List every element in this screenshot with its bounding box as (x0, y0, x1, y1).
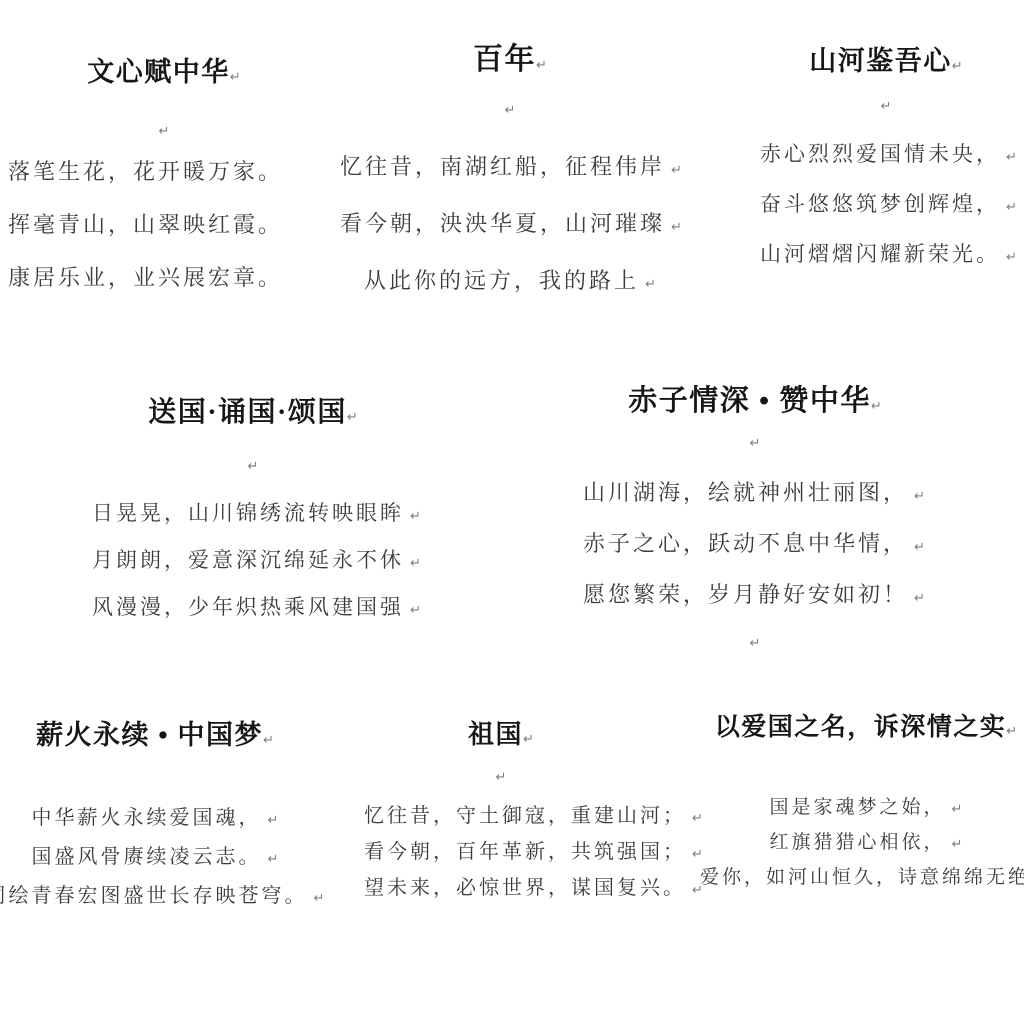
poem-card-wenxin: 文心赋中华↵ ↵ 落笔生花，花开暖万家。 挥毫青山，山翠映红霞。 康居乐业，业兴… (8, 55, 320, 316)
return-mark-icon: ↵ (952, 59, 963, 74)
poem-line: 望未来，必惊世界，谋国复兴。↵ (364, 875, 646, 904)
return-mark-icon: ↵ (505, 103, 516, 118)
blank-paragraph-row: ↵ (583, 435, 927, 451)
poem-line: 赤心烈烈爱国情未央，↵ (760, 140, 1012, 172)
return-mark-icon: ↵ (496, 770, 507, 785)
poem-line: 月朗朗，爱意深沉绵延永不休↵ (92, 546, 414, 578)
poem-title: 祖国 (468, 720, 523, 749)
return-mark-icon: ↵ (952, 837, 963, 852)
poem-card-bainian: 百年↵ ↵ 忆往昔，南湖红船，征程伟岸↵ 看今朝，泱泱华夏，山河璀璨↵ 从此你的… (340, 40, 680, 323)
return-mark-icon: ↵ (410, 603, 421, 618)
poem-card-shanhe-jian: 山河鉴吾心↵ ↵ 赤心烈烈爱国情未央，↵ 奋斗悠悠筑梦创辉煌，↵ 山河熠熠闪耀新… (760, 44, 1012, 290)
return-mark-icon: ↵ (230, 70, 241, 85)
poem-line: 赤子之心，跃动不息中华情，↵ (583, 529, 927, 563)
blank-paragraph-row: ↵ (583, 635, 927, 651)
poem-title: 薪火永续 • 中国梦 (36, 720, 263, 750)
poem-body: 山川湖海，绘就神州壮丽图，↵ 赤子之心，跃动不息中华情，↵ 愿您繁荣，岁月静好安… (583, 478, 927, 614)
poem-title-row: 百年↵ (340, 40, 680, 79)
blank-paragraph-row: ↵ (8, 123, 320, 139)
blank-paragraph-row: ↵ (92, 458, 414, 474)
return-mark-icon: ↵ (268, 852, 279, 867)
poem-line: 国盛风骨赓续凌云志。↵ (0, 844, 338, 873)
return-mark-icon: ↵ (1006, 200, 1017, 215)
poem-line: 奋斗悠悠筑梦创辉煌，↵ (760, 190, 1012, 222)
return-mark-icon: ↵ (263, 733, 274, 748)
poem-title: 文心赋中华 (87, 57, 230, 87)
return-mark-icon: ↵ (159, 124, 170, 139)
poem-title-row: 赤子情深 • 赞中华↵ (583, 383, 927, 421)
poem-title: 山河鉴吾心 (809, 46, 952, 76)
return-mark-icon: ↵ (750, 636, 761, 651)
poem-line: 国是家魂梦之始，↵ (700, 795, 1024, 823)
poem-card-yiaiguo: 以爱国之名，诉深情之实↵ 国是家魂梦之始，↵ 红旗猎猎心相依，↵ 爱你，如河山恒… (700, 712, 1024, 898)
poem-line: 红旗猎猎心相依，↵ (700, 830, 1024, 858)
blank-paragraph-row: ↵ (760, 98, 1012, 114)
blank-paragraph-row: ↵ (340, 102, 680, 118)
return-mark-icon: ↵ (314, 891, 325, 906)
return-mark-icon: ↵ (645, 277, 656, 292)
poem-body: 赤心烈烈爱国情未央，↵ 奋斗悠悠筑梦创辉煌，↵ 山河熠熠闪耀新荣光。↵ (760, 140, 1012, 272)
poem-card-songguo: 送国·诵国·颂国↵ ↵ 日晃晃，山川锦绣流转映眼眸↵ 月朗朗，爱意深沉绵延永不休… (92, 395, 414, 640)
return-mark-icon: ↵ (914, 489, 925, 504)
poem-title-row: 以爱国之名，诉深情之实↵ (700, 712, 1024, 745)
poem-line: 从此你的远方，我的路上↵ (340, 266, 680, 300)
poem-card-chizi-qingshen: 赤子情深 • 赞中华↵ ↵ 山川湖海，绘就神州壮丽图，↵ 赤子之心，跃动不息中华… (583, 383, 927, 651)
poem-line: 风漫漫，少年炽热乘风建国强↵ (92, 593, 414, 625)
poem-title: 送国·诵国·颂国 (148, 397, 347, 428)
poem-line: 忆往昔，南湖红船，征程伟岸↵ (340, 152, 680, 186)
return-mark-icon: ↵ (671, 163, 682, 178)
return-mark-icon: ↵ (410, 556, 421, 571)
return-mark-icon: ↵ (750, 436, 761, 451)
return-mark-icon: ↵ (248, 459, 259, 474)
poem-title-row: 送国·诵国·颂国↵ (92, 395, 414, 431)
poem-line: 中华薪火永续爱国魂，↵ (0, 805, 338, 834)
poem-line: 落笔生花，花开暖万家。 (8, 157, 320, 187)
poem-title: 赤子情深 • 赞中华 (628, 385, 871, 417)
return-mark-icon: ↵ (1006, 250, 1017, 265)
poem-line: 忆往昔，守土御寇，重建山河；↵ (364, 803, 646, 832)
poem-card-zuguo: 祖国↵ ↵ 忆往昔，守土御寇，重建山河；↵ 看今朝，百年革新，共筑强国；↵ 望未… (356, 718, 646, 911)
poem-line: 同绘青春宏图盛世长存映苍穹。↵ (0, 883, 338, 912)
poem-line: 康居乐业，业兴展宏章。 (8, 263, 320, 293)
return-mark-icon: ↵ (881, 99, 892, 114)
poem-body: 落笔生花，花开暖万家。 挥毫青山，山翠映红霞。 康居乐业，业兴展宏章。 (8, 157, 320, 293)
poem-line: 爱你，如河山恒久，诗意绵绵无绝期。 (700, 865, 1024, 891)
poem-body: 忆往昔，守土御寇，重建山河；↵ 看今朝，百年革新，共筑强国；↵ 望未来，必惊世界… (356, 803, 646, 904)
poem-title-row: 薪火永续 • 中国梦↵ (0, 718, 338, 753)
poem-line: 日晃晃，山川锦绣流转映眼眸↵ (92, 499, 414, 531)
poem-title-row: 祖国↵ (356, 718, 646, 752)
return-mark-icon: ↵ (523, 732, 534, 747)
blank-paragraph-row: ↵ (356, 769, 646, 785)
return-mark-icon: ↵ (914, 591, 925, 606)
return-mark-icon: ↵ (1006, 150, 1017, 165)
return-mark-icon: ↵ (536, 58, 547, 73)
document-page: 文心赋中华↵ ↵ 落笔生花，花开暖万家。 挥毫青山，山翠映红霞。 康居乐业，业兴… (0, 0, 1024, 1024)
poem-line: 挥毫青山，山翠映红霞。 (8, 210, 320, 240)
poem-line: 愿您繁荣，岁月静好安如初！↵ (583, 580, 927, 614)
return-mark-icon: ↵ (1006, 724, 1017, 739)
poem-title: 百年 (473, 43, 536, 76)
return-mark-icon: ↵ (671, 220, 682, 235)
poem-line: 山河熠熠闪耀新荣光。↵ (760, 240, 1012, 272)
poem-body: 忆往昔，南湖红船，征程伟岸↵ 看今朝，泱泱华夏，山河璀璨↵ 从此你的远方，我的路… (340, 152, 680, 300)
poem-body: 日晃晃，山川锦绣流转映眼眸↵ 月朗朗，爱意深沉绵延永不休↵ 风漫漫，少年炽热乘风… (92, 499, 414, 625)
poem-line: 看今朝，百年革新，共筑强国；↵ (364, 839, 646, 868)
return-mark-icon: ↵ (914, 540, 925, 555)
poem-line: 看今朝，泱泱华夏，山河璀璨↵ (340, 209, 680, 243)
poem-body: 国是家魂梦之始，↵ 红旗猎猎心相依，↵ 爱你，如河山恒久，诗意绵绵无绝期。 (700, 795, 1024, 891)
return-mark-icon: ↵ (268, 813, 279, 828)
poem-title: 以爱国之名，诉深情之实 (715, 714, 1007, 741)
poem-title-row: 文心赋中华↵ (8, 55, 320, 90)
poem-title-row: 山河鉴吾心↵ (760, 44, 1012, 79)
return-mark-icon: ↵ (410, 509, 421, 524)
poem-body: 中华薪火永续爱国魂，↵ 国盛风骨赓续凌云志。↵ 同绘青春宏图盛世长存映苍穹。↵ (0, 805, 338, 912)
poem-line: 山川湖海，绘就神州壮丽图，↵ (583, 478, 927, 512)
return-mark-icon: ↵ (952, 802, 963, 817)
return-mark-icon: ↵ (871, 399, 882, 414)
return-mark-icon: ↵ (347, 410, 358, 425)
poem-card-xinhuo: 薪火永续 • 中国梦↵ 中华薪火永续爱国魂，↵ 国盛风骨赓续凌云志。↵ 同绘青春… (0, 718, 338, 922)
